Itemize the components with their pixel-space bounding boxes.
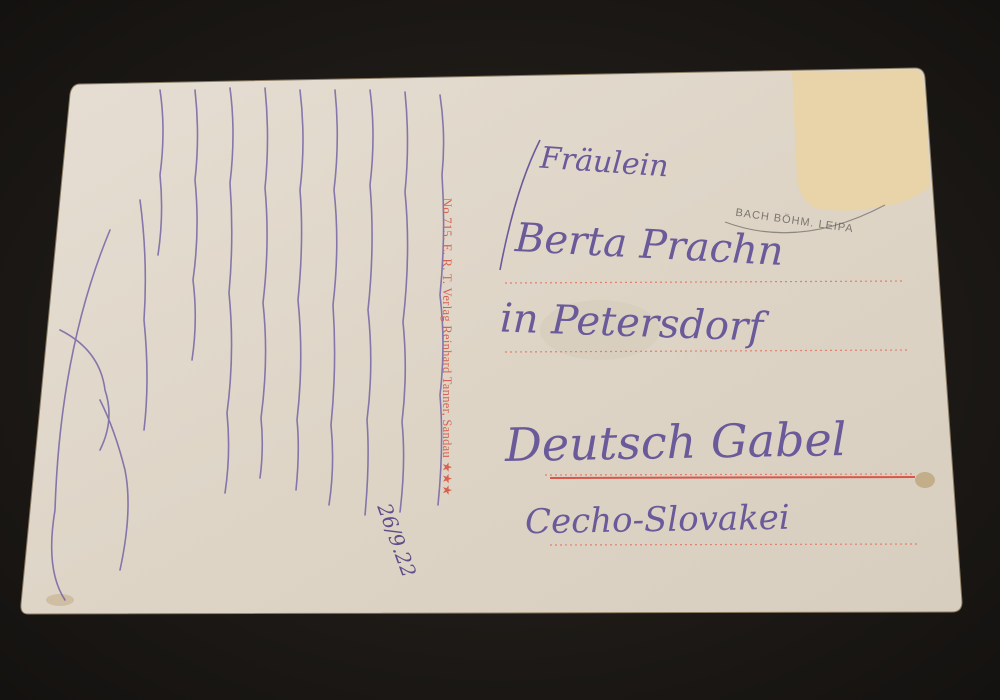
address-line-town: Deutsch Gabel [505,412,847,472]
publisher-stars: ★★★ [440,461,454,496]
publisher-imprint: No 715. E. R. T. Verlag Reinhard Tanner,… [439,198,455,496]
postcard-drawing [0,0,1000,700]
publisher-text: No 715. E. R. T. Verlag Reinhard Tanner,… [440,198,454,458]
address-line-country: Cecho-Slovakei [525,498,790,543]
postcard-photo: No 715. E. R. T. Verlag Reinhard Tanner,… [0,0,1000,700]
stamp-remnant [792,70,930,211]
address-line-village: in Petersdorf [499,295,764,350]
